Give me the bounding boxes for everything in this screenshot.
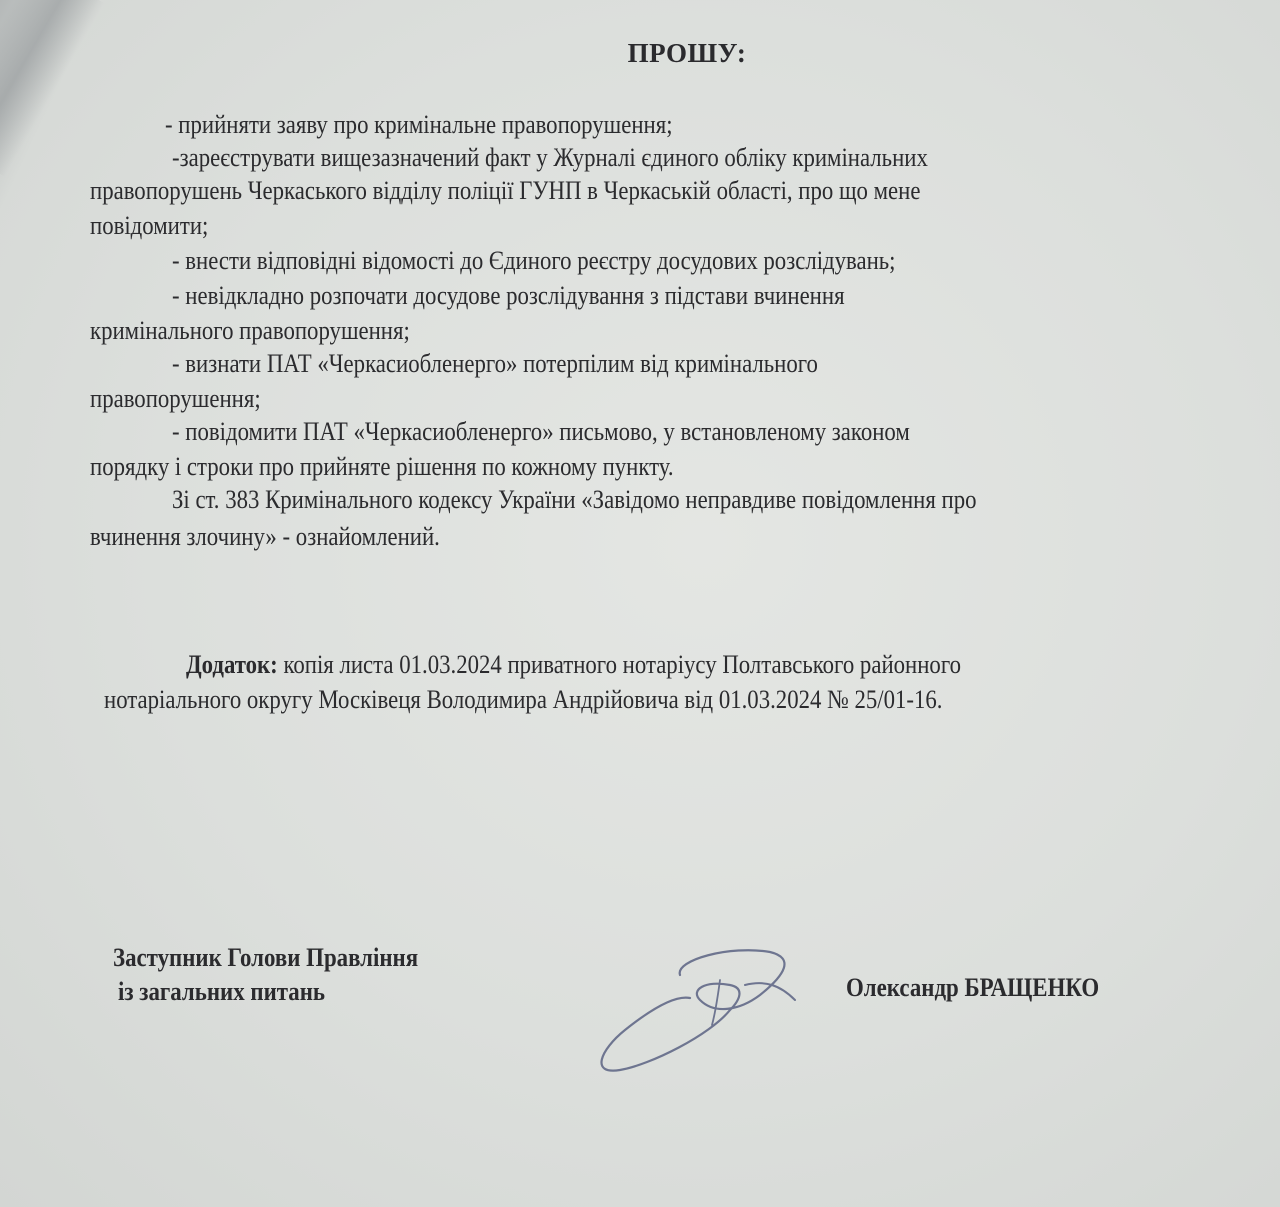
request-2-line-2: правопорушень Черкаського відділу поліці… [90,173,920,207]
request-4-line-2: кримінального правопорушення; [90,313,410,347]
signatory-name: Олександр БРАЩЕНКО [846,973,1099,1003]
request-2-line-1: -зареєструвати вищезазначений факт у Жур… [172,140,1204,174]
attachment-label: Додаток: [186,649,278,679]
acknowledgement-line-2: вчинення злочину» - ознайомлений. [90,519,440,553]
attachment-line-2: нотаріального округу Москівеця Володимир… [104,682,943,716]
attachment-line-1: Додаток: копія листа 01.03.2024 приватно… [186,647,961,681]
request-4-line-1: - невідкладно розпочати досудове розслід… [172,278,845,312]
acknowledgement-line-1: Зі ст. 383 Кримінального кодексу України… [172,482,977,516]
request-6-line-1: - повідомити ПАТ «Черкасиобленерго» пись… [172,414,910,448]
request-5-line-1: - визнати ПАТ «Черкасиобленерго» потерпі… [172,346,818,380]
attachment-text-1: копія листа 01.03.2024 приватного нотарі… [283,649,961,679]
request-6-line-2: порядку і строки про прийняте рішення по… [90,449,674,483]
request-5-line-2: правопорушення; [90,381,261,415]
heading-proshu: ПРОШУ: [0,38,1280,69]
request-2-line-3: повідомити; [90,208,208,242]
handwritten-signature [580,940,840,1080]
request-3-line-1: - внести відповідні відомості до Єдиного… [172,243,896,277]
signatory-position-line-1: Заступник Голови Правління [113,943,418,973]
request-1-line-1: - прийняти заяву про кримінальне правопо… [165,107,673,141]
signatory-position-line-2: із загальних питань [118,977,325,1007]
